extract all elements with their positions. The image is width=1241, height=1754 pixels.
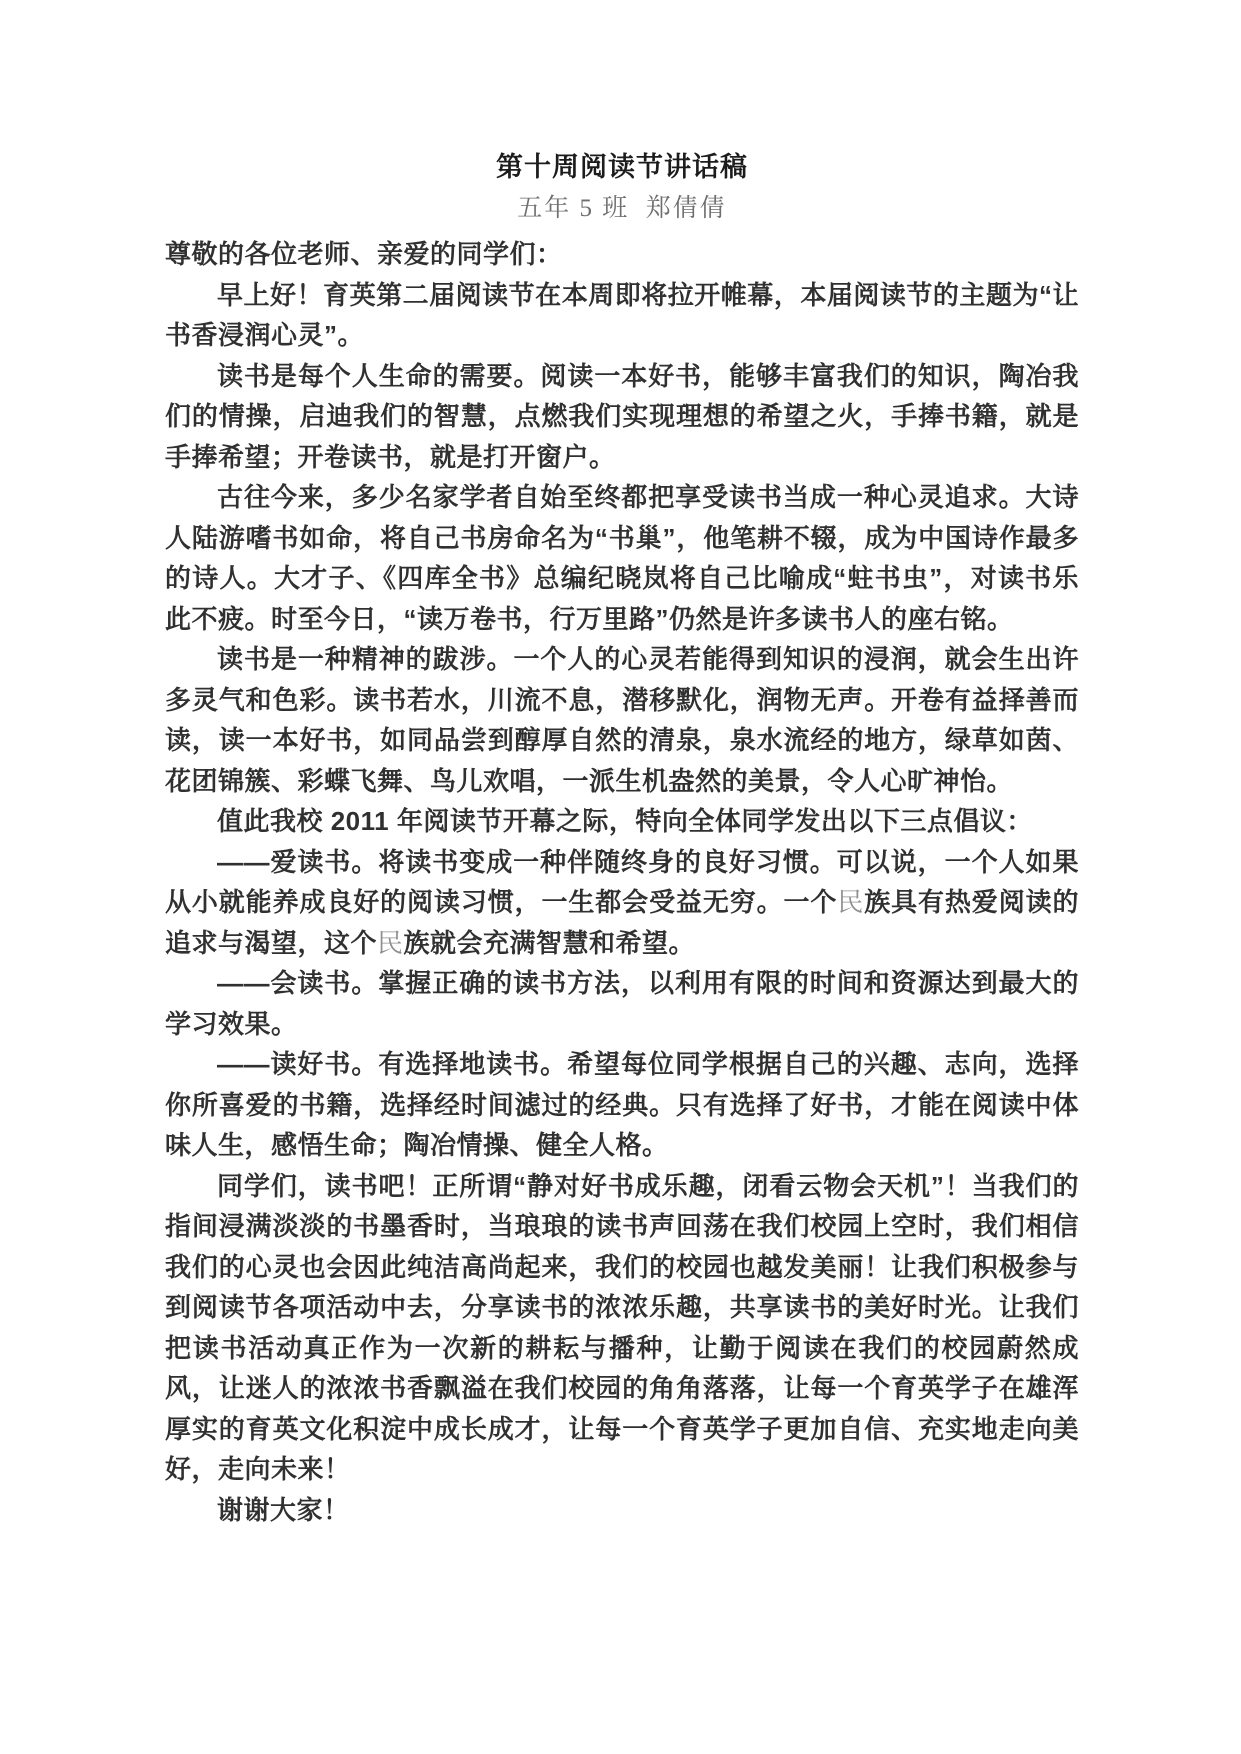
fallback-font-char: 民 [377, 928, 404, 958]
text-segment: 值此我校 2011 年阅读节开幕之际，特向全体同学发出以下三点倡议： [217, 806, 1033, 836]
paragraph: ——读好书。有选择地读书。希望每位同学根据自己的兴趣、志向，选择你所喜爱的书籍，… [165, 1044, 1079, 1166]
text-segment: 古往今来，多少名家学者自始至终都把享受读书当成一种心灵追求。大诗人陆游嗜书如命，… [165, 482, 1079, 634]
paragraph: 谢谢大家！ [165, 1490, 1079, 1531]
paragraph: 尊敬的各位老师、亲爱的同学们： [165, 234, 1079, 275]
paragraph: 读书是每个人生命的需要。阅读一本好书，能够丰富我们的知识，陶冶我们的情操，启迪我… [165, 356, 1079, 478]
paragraph: 古往今来，多少名家学者自始至终都把享受读书当成一种心灵追求。大诗人陆游嗜书如命，… [165, 477, 1079, 639]
text-segment: 读书是一种精神的跋涉。一个人的心灵若能得到知识的浸润，就会生出许多灵气和色彩。读… [165, 644, 1079, 796]
paragraph: 读书是一种精神的跋涉。一个人的心灵若能得到知识的浸润，就会生出许多灵气和色彩。读… [165, 639, 1079, 801]
document-body: 尊敬的各位老师、亲爱的同学们：早上好！育英第二届阅读节在本周即将拉开帷幕，本届阅… [165, 234, 1079, 1530]
text-segment: 尊敬的各位老师、亲爱的同学们： [165, 239, 563, 269]
document-byline: 五年 5 班 郑倩倩 [165, 188, 1079, 229]
text-segment: ——会读书。掌握正确的读书方法，以利用有限的时间和资源达到最大的学习效果。 [165, 968, 1079, 1039]
document-content: 第十周阅读节讲话稿 五年 5 班 郑倩倩 尊敬的各位老师、亲爱的同学们：早上好！… [165, 146, 1079, 1530]
paragraph: 值此我校 2011 年阅读节开幕之际，特向全体同学发出以下三点倡议： [165, 801, 1079, 842]
fallback-font-char: 民 [837, 887, 864, 917]
paragraph: 同学们，读书吧！正所谓“静对好书成乐趣，闭看云物会天机”！当我们的指间浸满淡淡的… [165, 1166, 1079, 1490]
paragraph: 早上好！育英第二届阅读节在本周即将拉开帷幕，本届阅读节的主题为“让书香浸润心灵”… [165, 275, 1079, 356]
text-segment: 早上好！育英第二届阅读节在本周即将拉开帷幕，本届阅读节的主题为“让书香浸润心灵”… [165, 280, 1079, 351]
text-segment: 读书是每个人生命的需要。阅读一本好书，能够丰富我们的知识，陶冶我们的情操，启迪我… [165, 361, 1079, 472]
text-segment: 谢谢大家！ [217, 1495, 350, 1525]
page: 第十周阅读节讲话稿 五年 5 班 郑倩倩 尊敬的各位老师、亲爱的同学们：早上好！… [0, 0, 1241, 1754]
document-page: { "colors": { "page_bg": "#ffffff", "tit… [0, 0, 1241, 1754]
paragraph: ——会读书。掌握正确的读书方法，以利用有限的时间和资源达到最大的学习效果。 [165, 963, 1079, 1044]
text-segment: 族就会充满智慧和希望。 [404, 928, 696, 958]
text-segment: ——读好书。有选择地读书。希望每位同学根据自己的兴趣、志向，选择你所喜爱的书籍，… [165, 1049, 1079, 1160]
text-segment: 同学们，读书吧！正所谓“静对好书成乐趣，闭看云物会天机”！当我们的指间浸满淡淡的… [165, 1171, 1079, 1485]
document-title: 第十周阅读节讲话稿 [165, 146, 1079, 188]
paragraph: ——爱读书。将读书变成一种伴随终身的良好习惯。可以说，一个人如果从小就能养成良好… [165, 842, 1079, 964]
